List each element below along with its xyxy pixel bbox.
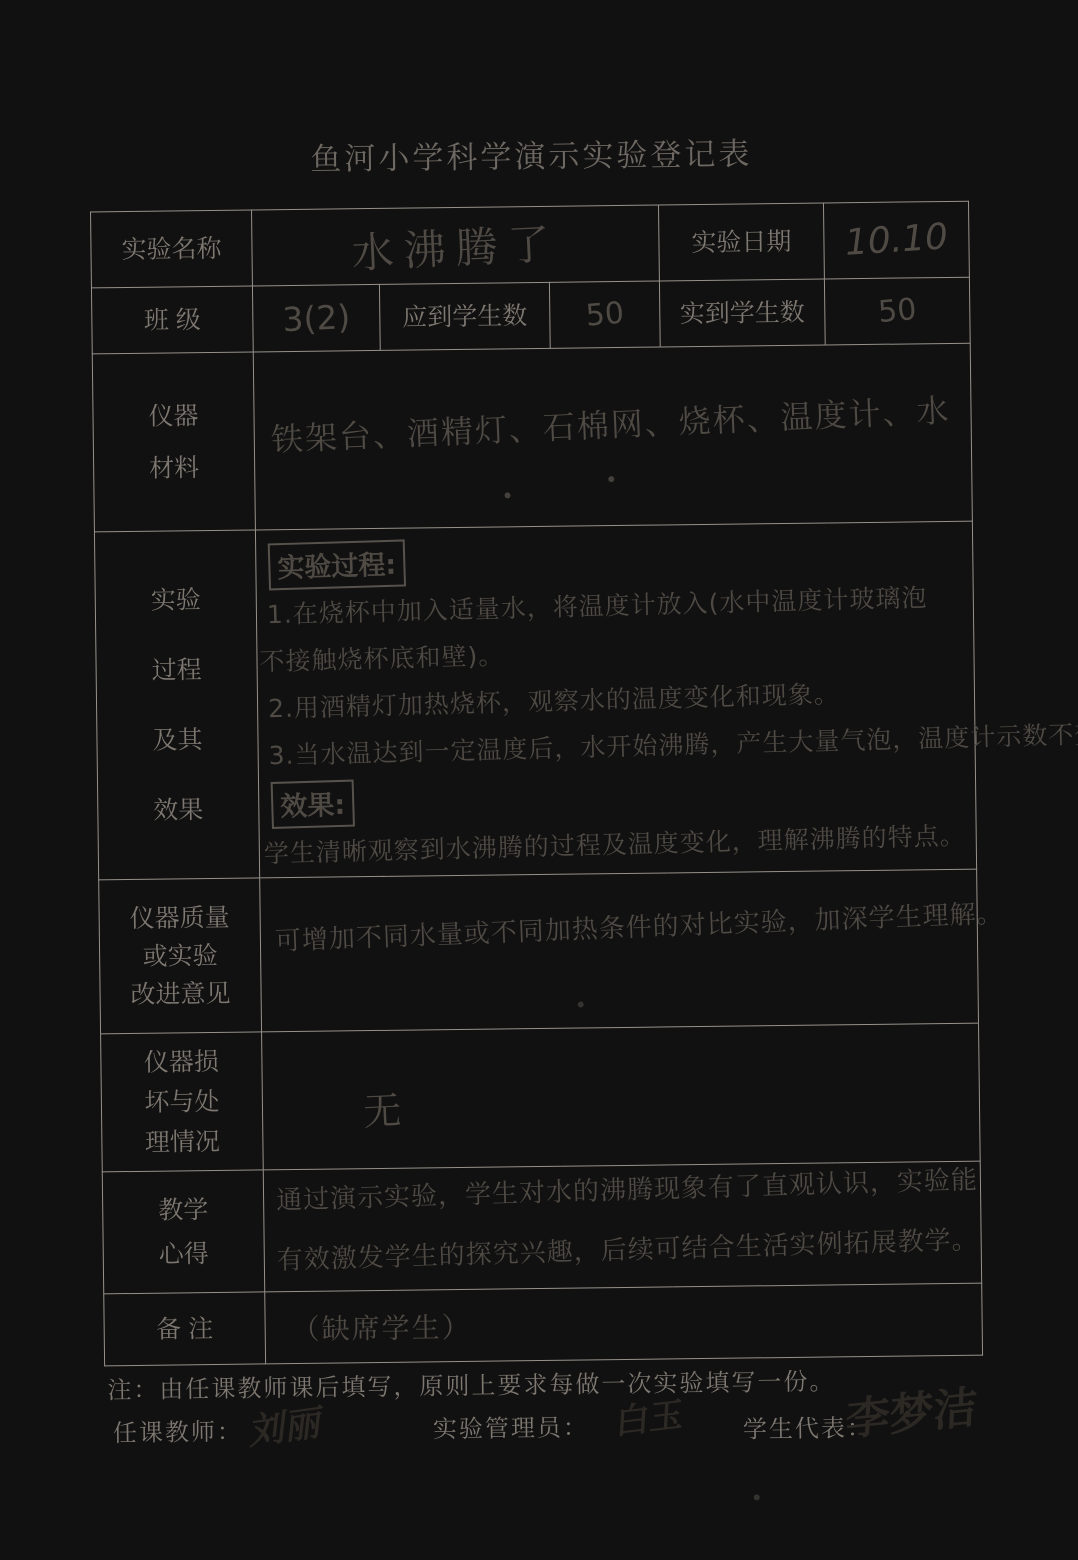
equipment-label-line1: 仪器 [148,399,198,434]
photo-of-paper-form: 鱼河小学科学演示实验登记表 实验名称 水沸腾了 实验日期 10.10 班 级 3 [0,0,1078,1560]
reflection-label: 教学 心得 [103,1192,264,1272]
improvement-label-line3: 改进意见 [130,976,230,1011]
pencil-dot [608,476,614,482]
row-equipment: 仪器 材料 铁架台、酒精灯、石棉网、烧杯、温度计、水 [92,343,972,532]
class-value: 3(2) [252,296,380,341]
damage-value: 无 [262,1052,980,1141]
actual-students-value: 50 [824,288,970,335]
process-label-line2: 过程 [151,653,201,688]
actual-students-cell: 50 [824,277,970,345]
improvement-value: 可增加不同水量或不同加热条件的对比实验，加深学生理解。 [260,894,977,958]
admin-signature-label: 实验管理员： [433,1407,589,1444]
form-title: 鱼河小学科学演示实验登记表 [0,124,1071,182]
remark-label: 备 注 [104,1292,266,1366]
process-label-line3: 及其 [152,723,202,758]
experiment-date-label: 实验日期 [658,203,824,281]
reflection-value-cell: 通过演示实验，学生对水的沸腾现象有了直观认识，实验能 有效激发学生的探究兴趣，后… [263,1161,981,1292]
process-label-cell: 实验 过程 及其 效果 [94,530,259,880]
expected-students-cell: 50 [549,281,660,348]
process-label-line1: 实验 [151,583,201,618]
reflection-label-cell: 教学 心得 [102,1170,264,1294]
equipment-value-cell: 铁架台、酒精灯、石棉网、烧杯、温度计、水 [253,343,972,530]
equipment-label: 仪器 材料 [93,398,254,486]
paper-sheet: 鱼河小学科学演示实验登记表 实验名称 水沸腾了 实验日期 10.10 班 级 3 [0,0,1078,1560]
pencil-dot [504,492,510,498]
row-class-counts: 班 级 3(2) 应到学生数 50 实到学生数 50 [91,277,970,354]
row-process-effect: 实验 过程 及其 效果 实验过程: 1.在烧杯中加入适量水，将温度计放入(水中温… [94,521,976,880]
experiment-name-cell: 水沸腾了 [252,205,660,286]
reflection-label-line1: 教学 [158,1193,208,1228]
equipment-value: 铁架台、酒精灯、石棉网、烧杯、温度计、水 [254,384,971,461]
experiment-name-label: 实验名称 [91,210,253,288]
remark-value-cell: （缺席学生） [265,1283,983,1364]
damage-value-cell: 无 [262,1023,981,1170]
experiment-name-value: 水沸腾了 [251,206,659,285]
reflection-label-line2: 心得 [159,1237,209,1272]
improvement-label-cell: 仪器质量 或实验 改进意见 [99,878,262,1034]
footer-note: 注：由任课教师课后填写，原则上要求每做一次实验填写一份。 [107,1361,835,1405]
expected-students-label: 应到学生数 [379,282,550,350]
experiment-date-value: 10.10 [823,215,969,265]
expected-students-value: 50 [549,293,661,337]
equipment-label-cell: 仪器 材料 [92,352,255,532]
row-damage: 仪器损 坏与处 理情况 无 [101,1023,981,1172]
pencil-dot [754,1494,760,1500]
process-label: 实验 过程 及其 效果 [96,582,259,828]
admin-signature: 白玉 [615,1386,685,1444]
student-signature: 李梦洁 [845,1371,979,1449]
experiment-date-cell: 10.10 [823,201,969,279]
actual-students-label: 实到学生数 [659,279,825,347]
teacher-signature: 刘丽 [248,1394,325,1456]
damage-label-line3: 理情况 [145,1124,220,1159]
teacher-signature-label: 任课教师： [113,1412,243,1449]
process-section-header: 实验过程: [268,539,406,590]
damage-label-line2: 坏与处 [144,1084,219,1119]
row-experiment-name: 实验名称 水沸腾了 实验日期 10.10 [91,201,970,288]
process-content-cell: 实验过程: 1.在烧杯中加入适量水，将温度计放入(水中温度计玻璃泡 不接触烧杯底… [255,521,976,878]
class-cell: 3(2) [252,284,380,352]
experiment-register-table: 实验名称 水沸腾了 实验日期 10.10 班 级 3(2) 应到学生数 50 实… [90,201,983,1367]
class-label: 班 级 [91,286,253,354]
remark-value: （缺席学生） [265,1299,981,1348]
improvement-value-cell: 可增加不同水量或不同加热条件的对比实验，加深学生理解。 [260,869,979,1032]
improvement-label-line2: 或实验 [142,938,217,973]
damage-label: 仪器损 坏与处 理情况 [101,1044,262,1160]
damage-label-cell: 仪器损 坏与处 理情况 [101,1032,264,1172]
equipment-label-line2: 材料 [149,451,199,486]
improvement-label: 仪器质量 或实验 改进意见 [99,900,260,1012]
process-label-line4: 效果 [153,793,203,828]
effect-section-header: 效果: [271,780,355,829]
improvement-label-line1: 仪器质量 [129,900,229,935]
pencil-dot [578,1001,584,1007]
damage-label-line1: 仪器损 [144,1044,219,1079]
row-remark: 备 注 （缺席学生） [104,1283,983,1366]
row-reflection: 教学 心得 通过演示实验，学生对水的沸腾现象有了直观认识，实验能 有效激发学生的… [102,1161,981,1294]
row-improvement: 仪器质量 或实验 改进意见 可增加不同水量或不同加热条件的对比实验，加深学生理解… [99,869,979,1034]
